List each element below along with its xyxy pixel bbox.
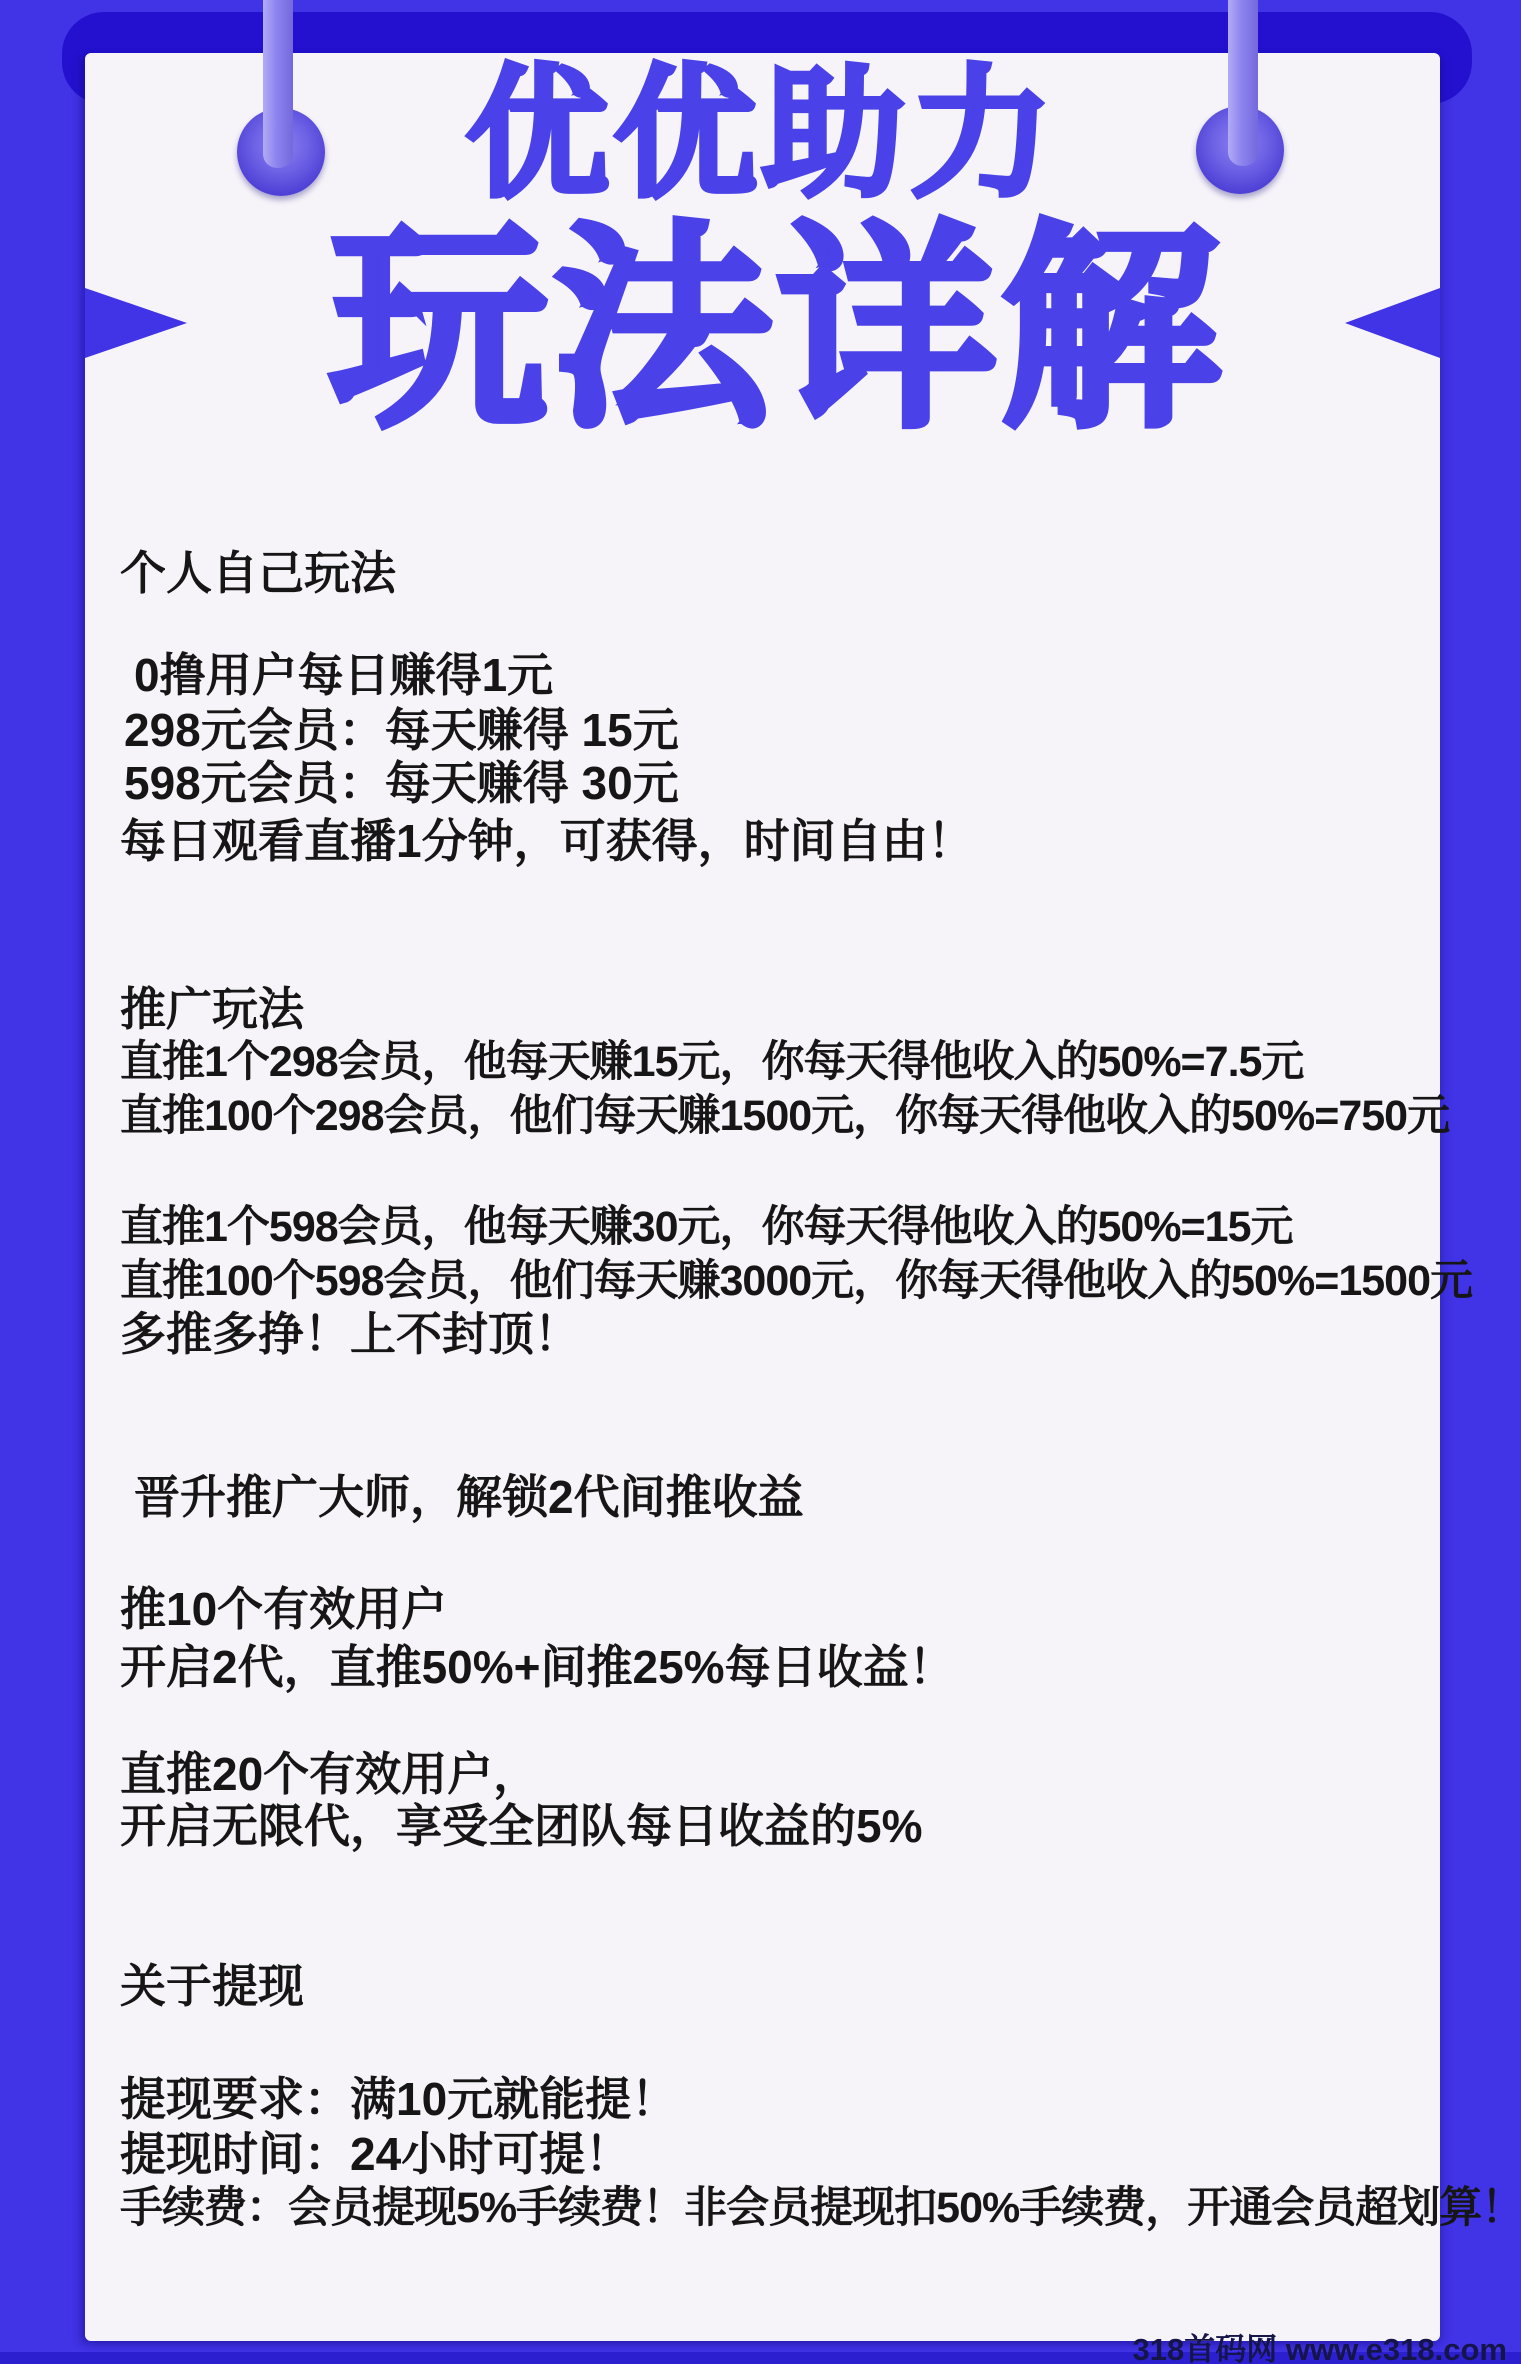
text-line: 直推1个598会员，他每天赚30元，你每天得他收入的50%=15元 <box>120 1204 1293 1251</box>
text-line: 提现要求：满10元就能提！ <box>120 2074 677 2125</box>
text-line: 提现时间：24小时可提！ <box>120 2129 631 2180</box>
text-line: 推10个有效用户 <box>120 1584 447 1635</box>
section-heading-promotion: 推广玩法 <box>120 984 304 1035</box>
section-heading-master: 晋升推广大师，解锁2代间推收益 <box>134 1472 804 1523</box>
text-line: 多推多挣！上不封顶！ <box>120 1309 580 1360</box>
text-line: 598元会员：每天赚得 30元 <box>124 758 679 809</box>
text-line: 手续费：会员提现5%手续费！非会员提现扣50%手续费，开通会员超划算！ <box>120 2185 1521 2232</box>
text-line: 直推1个298会员，他每天赚15元，你每天得他收入的50%=7.5元 <box>120 1039 1303 1086</box>
text-line: 开启2代，直推50%+间推25%每日收益！ <box>120 1642 955 1693</box>
site-watermark: 318首码网 www.e318.com <box>1133 2324 1507 2364</box>
brand-title: 优优助力 <box>85 60 1440 209</box>
text-line: 每日观看直播1分钟，可获得，时间自由！ <box>120 816 974 867</box>
text-line: 直推100个298会员，他们每天赚1500元，你每天得他收入的50%=750元 <box>120 1093 1449 1140</box>
section-heading-withdraw: 关于提现 <box>120 1961 304 2012</box>
text-line: 直推100个598会员，他们每天赚3000元，你每天得他收入的50%=1500元 <box>120 1258 1472 1305</box>
text-line: 0撸用户每日赚得1元 <box>134 650 553 701</box>
page-title: 玩法详解 <box>100 222 1455 440</box>
text-line: 直推20个有效用户， <box>120 1749 539 1800</box>
text-line: 298元会员：每天赚得 15元 <box>124 705 679 756</box>
text-line: 开启无限代，享受全团队每日收益的5% <box>120 1801 922 1852</box>
section-heading-personal: 个人自己玩法 <box>120 548 396 599</box>
